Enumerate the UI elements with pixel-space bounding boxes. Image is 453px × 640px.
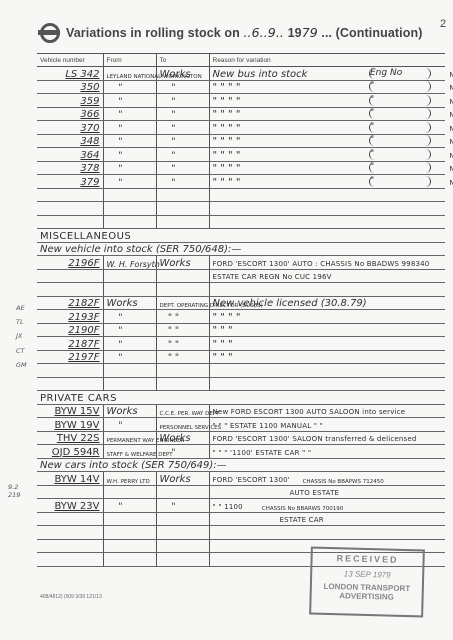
document-title: Variations in rolling stock on ..6..9.. … (66, 25, 422, 40)
rolling-stock-table: Vehicle number From To Reason for variat… (37, 53, 445, 567)
margin-note: JX (16, 332, 22, 340)
table-row: 379 " " " " " ""NE (37, 175, 445, 189)
table-row: 350 " " " " " ""NE (37, 80, 445, 94)
margin-note: 9.2 219 (8, 483, 28, 499)
date-handwritten: ..6..9.. (243, 25, 284, 40)
blank-row (37, 202, 445, 216)
table-row: 2196F W. H. Forsyth Works FORD 'ESCORT 1… (37, 256, 445, 270)
table-row: 2187F " " " " " " (37, 337, 445, 351)
section-heading-miscellaneous: MISCELLANEOUS (37, 229, 445, 243)
form-code: 408/4812) (509 3/39 121/13 (40, 594, 102, 600)
blank-row (37, 188, 445, 202)
margin-note: TL (16, 318, 24, 326)
table-row: BYW 19V " PERSONNEL SERVICES " " " ESTAT… (37, 418, 445, 432)
blank-row (37, 364, 445, 378)
margin-note: GM (16, 361, 27, 369)
col-from: From (103, 54, 156, 67)
document-header: Variations in rolling stock on ..6..9.. … (38, 20, 422, 44)
table-row: ESTATE CAR (37, 512, 445, 526)
page-number: 2 (440, 18, 446, 30)
blank-row (37, 526, 445, 540)
table-row: 366 " " " " " ""NE (37, 107, 445, 121)
blank-row (37, 377, 445, 391)
table-row: 378 " " " " " ""NE (37, 161, 445, 175)
table-row: ESTATE CAR REGN No CUC 196V (37, 269, 445, 283)
blank-row (37, 283, 445, 297)
table-row: 2193F " " " " " " " (37, 310, 445, 324)
table-row: BYW 15V Works C.C.E. PER. WAY DEPT New F… (37, 404, 445, 418)
col-reason: Reason for variation (209, 54, 445, 67)
table-row: OJD 594R STAFF & WELFARE DEPT " " " " '1… (37, 445, 445, 459)
london-transport-roundel-icon (38, 23, 60, 41)
subheading-row: New vehicle into stock (SER 750/648):— (37, 242, 445, 256)
table-row: 2182F Works DEPT. OPERATING DIRECTOR (BU… (37, 296, 445, 310)
table-row: BYW 14V W.H. PERRY LTD Works FORD 'ESCOR… (37, 472, 445, 486)
subheading-row: New cars into stock (SER 750/649):— (37, 458, 445, 472)
table-row: BYW 23V " " " " 1100 CHASSIS No BBARWS 7… (37, 499, 445, 513)
table-row: THV 22S PERMANENT WAY ENGINEER Works FOR… (37, 431, 445, 445)
col-vehicle-number: Vehicle number (37, 54, 103, 67)
table-row: 2197F " " " " " " (37, 350, 445, 364)
received-stamp: RECEIVED 13 SEP 1979 LONDON TRANSPORT AD… (309, 547, 425, 618)
table-row: 359 " " " " " ""NE (37, 94, 445, 108)
blank-row (37, 215, 445, 229)
col-to: To (156, 54, 209, 67)
table-row: LS 342 LEYLAND NATIONAL WORKINGTON Works… (37, 67, 445, 81)
year-handwritten: 79 (302, 25, 318, 40)
table-row: 364 " " " " " ""NE (37, 148, 445, 162)
table-row: 370 " " " " " ""NE (37, 121, 445, 135)
table-row: AUTO ESTATE (37, 485, 445, 499)
table-header-row: Vehicle number From To Reason for variat… (37, 54, 445, 67)
table-row: 2190F " " " " " " (37, 323, 445, 337)
margin-note: CT (16, 347, 25, 355)
section-heading-private-cars: PRIVATE CARS (37, 391, 445, 405)
margin-note: AE (16, 304, 25, 312)
table-row: 348 " " " " " ""NE (37, 134, 445, 148)
document-page: Variations in rolling stock on ..6..9.. … (0, 0, 453, 640)
